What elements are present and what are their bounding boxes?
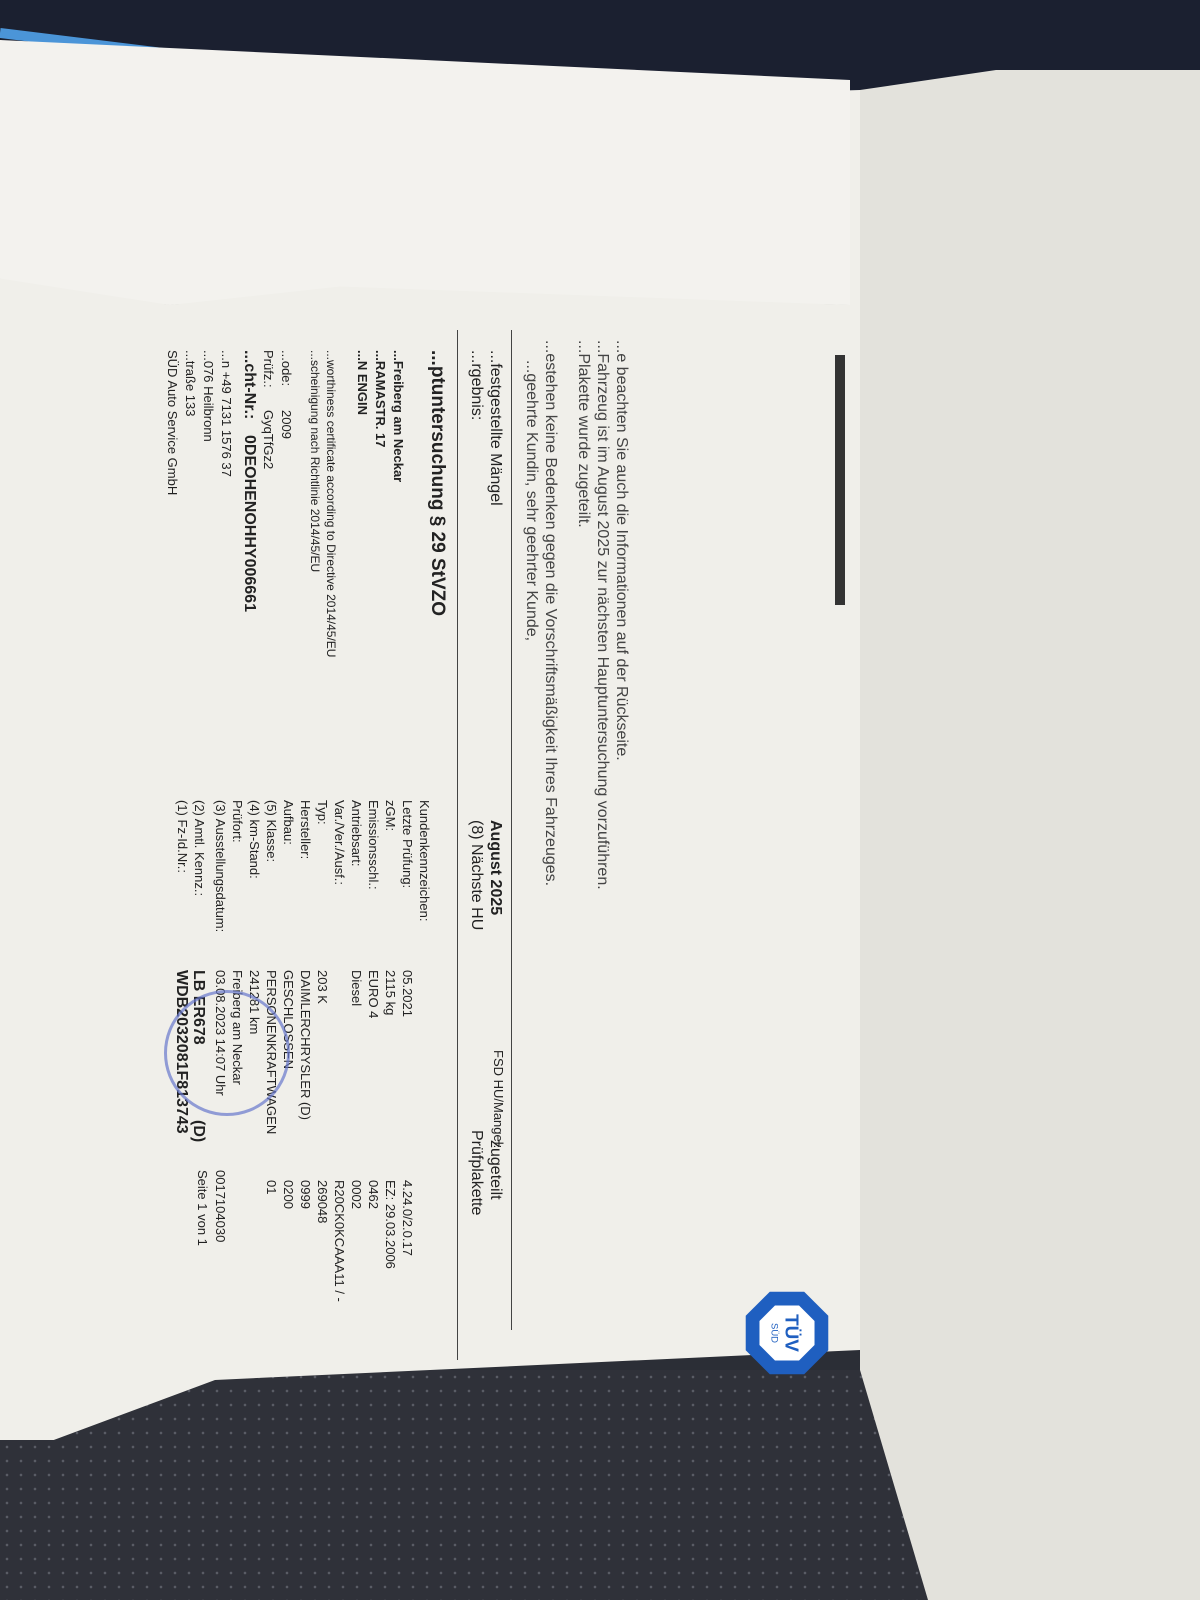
field-value: Diesel: [349, 970, 364, 1006]
field-label: Typ:: [315, 800, 330, 825]
field-value: DAIMLERCHRYSLER (D): [298, 970, 313, 1120]
folder-cover: [860, 70, 1200, 1600]
field-extra: 269048: [315, 1180, 330, 1223]
body-line2: ...Plakette wurde zugeteilt.: [574, 340, 592, 528]
doc-id: 0017104030: [213, 1170, 228, 1242]
field-extra: 4.24.0/2.0.17: [400, 1180, 415, 1256]
folded-flap: [0, 40, 850, 305]
field-extra: 0999: [298, 1180, 313, 1209]
issuer-street: ...traße 133: [183, 350, 198, 416]
tuv-sud-logo-icon: TÜV SÜD: [744, 1290, 830, 1376]
field-extra: 0002: [349, 1180, 364, 1209]
fsd-label: FSD HU/Mangel:: [491, 1050, 506, 1148]
divider: [457, 330, 458, 1360]
field-label: Prüfort:: [230, 800, 245, 843]
report-number: 0DEOHENOHHY006661: [240, 435, 258, 612]
code: 2009: [279, 410, 294, 439]
field-label: Antriebsart:: [349, 800, 364, 866]
clip-bar: [835, 355, 845, 605]
field-label: Var./Ver./Ausf.:: [332, 800, 347, 885]
section-title: ...ptuntersuchung § 29 StVZO: [426, 350, 448, 616]
field-extra: (D): [189, 1120, 207, 1142]
directive-en: ...worthiness certificate according to D…: [324, 350, 338, 657]
divider-2: [511, 330, 512, 1330]
certificate-rotated-content: SÜD Auto Service GmbH ...traße 133 ...07…: [130, 330, 830, 1400]
field-label: (2) Amtl. Kennz.:: [192, 800, 207, 896]
field-label: Aufbau:: [281, 800, 296, 845]
field-value: 05.2021: [400, 970, 415, 1017]
code-label: ...ode:: [279, 350, 294, 386]
official-stamp-icon: [164, 990, 290, 1116]
field-value: 203 K: [315, 970, 330, 1004]
field-extra: 0462: [366, 1180, 381, 1209]
field-label: (1) Fz-Id.Nr.:: [175, 800, 190, 873]
field-value: 2115 kg: [383, 970, 398, 1015]
pruefz: GyqTfGz2: [261, 410, 276, 469]
pruefz-label: Prüfz.:: [261, 350, 276, 388]
field-label: Hersteller:: [298, 800, 313, 859]
body-line3: ...Fahrzeug ist im August 2025 zur nächs…: [593, 340, 611, 890]
body-line4: ...e beachten Sie auch die Informationen…: [612, 340, 630, 761]
result-label: ...rgebnis:: [467, 350, 485, 420]
result-value: ...festgestellte Mängel: [486, 350, 504, 506]
issuer-phone: ...n +49 7131 1576 37: [219, 350, 234, 477]
field-extra: R20CK0KCAAA11 / -: [332, 1180, 347, 1302]
badge-label: Prüfplakette: [467, 1130, 485, 1215]
body-line1: ...estehen keine Bedenken gegen die Vors…: [541, 340, 559, 886]
owner-street: ...RAMASTR. 17: [373, 350, 388, 448]
field-label: (3) Ausstellungsdatum:: [213, 800, 228, 932]
issuer-city: ...076 Heilbronn: [201, 350, 216, 442]
field-label: (5) Klasse:: [264, 800, 279, 862]
body-greeting: ...geehrte Kundin, sehr geehrter Kunde,: [522, 360, 540, 641]
badge-value: zugeteilt: [486, 1140, 504, 1200]
certificate: SÜD Auto Service GmbH ...traße 133 ...07…: [130, 330, 830, 1400]
report-number-label: ...cht-Nr.:: [240, 350, 258, 419]
directive-de: ...scheinigung nach Richtlinie 2014/45/E…: [308, 350, 322, 572]
owner-name: ...N ENGIN: [355, 350, 370, 415]
field-label: zGM:: [383, 800, 398, 831]
next-hu-label: (8) Nächste HU: [467, 820, 485, 930]
svg-text:TÜV: TÜV: [780, 1314, 801, 1352]
field-extra: 01: [264, 1180, 279, 1194]
page-indicator: Seite 1 von 1: [195, 1170, 210, 1246]
owner-city: ...Freiberg am Neckar: [391, 350, 406, 482]
field-label: Emissionsschl.:: [366, 800, 381, 890]
issuer-company: SÜD Auto Service GmbH: [165, 350, 180, 495]
field-extra: 0200: [281, 1180, 296, 1209]
field-label: Letzte Prüfung:: [400, 800, 415, 888]
field-value: EURO 4: [366, 970, 381, 1018]
field-extra: EZ: 29.03.2006: [383, 1180, 398, 1269]
field-label: (4) km-Stand:: [247, 800, 262, 879]
field-label: Kundenkennzeichen:: [417, 800, 432, 921]
next-hu-value: August 2025: [486, 820, 504, 915]
svg-text:SÜD: SÜD: [769, 1323, 780, 1343]
